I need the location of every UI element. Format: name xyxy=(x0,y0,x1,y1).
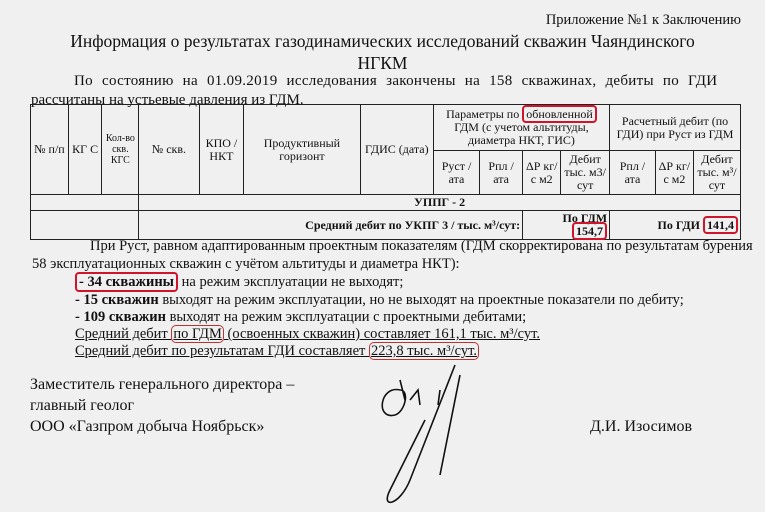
item-34-bold: - 34 скважины xyxy=(75,272,178,292)
section-row: УППГ - 2 xyxy=(139,195,741,211)
item-109-wells: - 109 скважин выходят на режим эксплуата… xyxy=(75,309,526,326)
signer-position-2: главный геолог xyxy=(30,395,134,416)
item-15-text: выходят на режим эксплуатации, но не вых… xyxy=(159,292,684,308)
col-g1-pust: Руст / ата xyxy=(433,151,479,195)
appendix-label: Приложение №1 к Заключению xyxy=(546,12,741,29)
col-gdis: ГДИС (дата) xyxy=(360,105,433,195)
col-horizon: Продуктивный горизонт xyxy=(244,105,360,195)
results-table: № п/п КГ С Кол-во скв. КГС № скв. КПО / … xyxy=(30,104,741,240)
item-34-text: на режим эксплуатации не выходят; xyxy=(178,274,403,290)
paragraph-1: При Руст, равном адаптированным проектны… xyxy=(90,238,753,255)
paragraph-2: 58 эксплуатационных скважин с учётом аль… xyxy=(32,256,460,273)
group-gdm-label: Параметры по xyxy=(446,107,522,121)
document-title-line2: НГКМ xyxy=(0,52,765,74)
gdi-label: По ГДИ xyxy=(657,218,700,232)
avg-gdm-pre: Средний дебит xyxy=(75,326,171,342)
avg-gdm-highlight: по ГДМ xyxy=(171,325,224,343)
summary-label: Средний дебит по УКПГ 3 / тыс. м³/сут: xyxy=(139,211,523,240)
group-gdm-label-rest: ГДМ (с учетом альтитуды, диаметра НКТ, Г… xyxy=(454,120,588,147)
avg-gdi-pre: Средний дебит по результатам ГДИ составл… xyxy=(75,343,369,359)
avg-gdi-highlight: 223,8 тыс. м³/сут. xyxy=(369,342,479,360)
group-gdm-params: Параметры по обновленной ГДМ (с учетом а… xyxy=(433,105,609,151)
col-num: № п/п xyxy=(31,105,69,195)
col-wells-count: Кол-во скв. КГС xyxy=(102,105,139,195)
col-g2-dp: ΔР кг/с м2 xyxy=(655,151,693,195)
signer-position: Заместитель генерального директора – xyxy=(30,374,294,395)
summary-empty xyxy=(31,211,139,240)
avg-gdm-line: Средний дебит по ГДМ (освоенных скважин)… xyxy=(75,326,540,343)
avg-gdi-line: Средний дебит по результатам ГДИ составл… xyxy=(75,343,479,360)
item-109-bold: - 109 скважин xyxy=(75,309,166,325)
col-kpo: КПО / НКТ xyxy=(199,105,244,195)
group-gdi-debit: Расчетный дебит (по ГДИ) при Руст из ГДМ xyxy=(610,105,741,151)
handwritten-signature-icon xyxy=(370,360,510,510)
item-15-wells: - 15 скважин выходят на режим эксплуатац… xyxy=(75,292,684,309)
col-g2-ppl: Рпл /ата xyxy=(610,151,656,195)
gdi-value: 141,4 xyxy=(703,216,738,234)
col-g1-debit: Дебит тыс. м3/сут xyxy=(561,151,610,195)
summary-gdi: По ГДИ 141,4 xyxy=(610,211,741,240)
item-15-bold: - 15 скважин xyxy=(75,292,159,308)
item-34-wells: - 34 скважины на режим эксплуатации не в… xyxy=(75,274,403,291)
item-109-text: выходят на режим эксплуатации с проектны… xyxy=(166,309,526,325)
summary-gdm: По ГДМ 154,7 xyxy=(523,211,610,240)
signer-name: Д.И. Изосимов xyxy=(590,418,692,436)
col-g1-ppl: Рпл /ата xyxy=(480,151,523,195)
col-g2-debit: Дебит тыс. м³/сут xyxy=(693,151,740,195)
signer-company: ООО «Газпром добыча Ноябрьск» xyxy=(30,416,264,437)
col-g1-dp: ΔР кг/с м2 xyxy=(523,151,561,195)
col-kgs: КГ С xyxy=(68,105,102,195)
intro-text: По состоянию на 01.09.2019 исследования … xyxy=(74,73,717,90)
col-well-no: № скв. xyxy=(139,105,199,195)
document-title: Информация о результатах газодинамически… xyxy=(0,30,765,52)
section-empty xyxy=(31,195,139,211)
avg-gdm-post: (освоенных скважин) составляет 161,1 тыс… xyxy=(224,326,540,342)
